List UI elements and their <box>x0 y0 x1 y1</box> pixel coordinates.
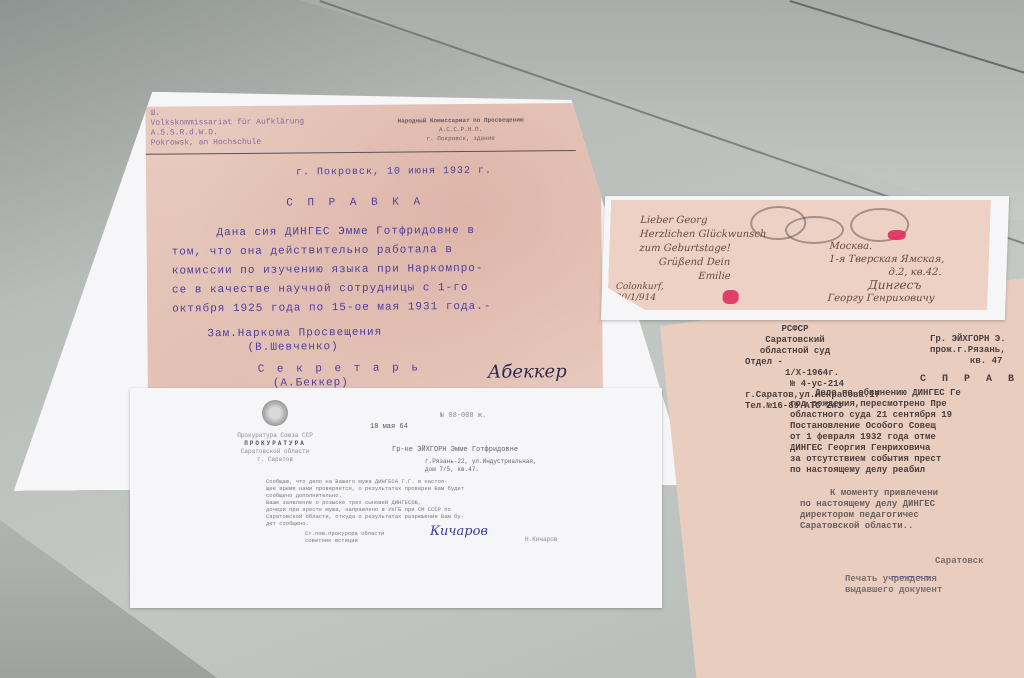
body-line: за отсутствием события прест <box>790 454 961 465</box>
signatory-title: С е к р е т а р ь <box>258 362 421 375</box>
document-number: № 08-008 ж. <box>440 412 486 420</box>
body-line: сообщено дополнительно. <box>266 492 464 499</box>
message-line: 20/1/914 <box>615 293 663 304</box>
signatory-name: Н.Кичаров <box>525 536 557 543</box>
body-line: Ваше заявление о розыске трех сыновей ДИ… <box>266 499 464 506</box>
body-line: ДИНГЕС Георгия Генриховича <box>790 443 961 454</box>
body-line: Сообщаю, что дело на Вашего мужа ДИНГЕСА… <box>266 478 464 485</box>
org-line: г. Саратов <box>230 456 320 464</box>
signature: Кичаров <box>430 524 488 539</box>
footer-line: выдавшего документ <box>845 585 942 596</box>
header-line: Отдел - <box>745 357 880 368</box>
postcard-scan: Lieber Georg Herzlichen Glückwunsch zum … <box>607 200 991 310</box>
body-line: год рождения,пересмотрено Пре <box>790 399 961 410</box>
address-line: дом 7/5, кв.47. <box>425 466 537 474</box>
document-court-certificate-1964: РСФСР Саратовский областной суд Отдел - … <box>660 278 1024 678</box>
letterhead-rule <box>146 150 576 155</box>
addressee-line: прож.г.Рязань, <box>930 345 1006 356</box>
letterhead-right-line: г. Покровск, здание <box>361 133 561 144</box>
org-line: ПРОКУРАТУРА <box>230 440 320 448</box>
header-line: РСФСР <box>730 324 860 335</box>
address-line: г.Рязань-22, ул.Индустриальная, <box>425 458 537 466</box>
letterhead-left-line: Volkskommissariat für Aufklärung <box>151 117 305 128</box>
ink-signature: ~~~~~ <box>890 572 932 583</box>
address-line: 1-я Тверская Ямская, <box>829 253 945 266</box>
header-line: областной суд <box>730 346 860 357</box>
date-line: г. Покровск, 10 июня 1932 г. <box>296 166 492 179</box>
body-line: щее время нами проверяется, о результата… <box>266 485 464 492</box>
body-line: областного суда 21 сентября 19 <box>790 410 961 421</box>
body-line: К моменту привлечени <box>800 488 938 499</box>
header-line: 1/X-1964г. <box>745 368 880 379</box>
signature: Абеккер <box>488 361 567 383</box>
document-title: С П Р А В К А <box>286 196 424 209</box>
header-line: Саратовский <box>730 335 860 346</box>
body-line: Дело по обвинению ДИНГЕС Ге <box>790 388 961 399</box>
address-line: Дингесъ <box>828 279 944 292</box>
letterhead-left-line: Pokrowsk, an Hochschule <box>151 137 305 148</box>
red-stain <box>722 290 738 304</box>
body-line: Саратовской области.. <box>800 521 938 532</box>
body-line: октября 1925 года по 15-ое мая 1931 года… <box>172 298 491 320</box>
signatory-line: советник юстиции <box>305 537 384 544</box>
message-line: Herzlichen Glückwunsch <box>640 228 767 242</box>
document-title: С П Р А В К А <box>920 374 1024 385</box>
address-line: Георгу Генриховичу <box>827 292 943 305</box>
addressee: Гр-ке ЭЙХГОРН Эмме Готфридовне <box>392 446 518 454</box>
body-line: Постановление Особого Совещ <box>790 421 961 432</box>
addressee-line: Гр. ЭЙХГОРН Э. <box>930 334 1006 345</box>
postcard: Lieber Georg Herzlichen Glückwunsch zum … <box>601 196 1009 320</box>
body-line: по настоящему делу реабил <box>790 465 961 476</box>
message-line: Grüßend Dein <box>639 256 766 270</box>
body-line: по настоящему делу ДИНГЕС <box>800 499 938 510</box>
document-date: 18 мая 64 <box>370 423 408 431</box>
document-prosecutor-letter: Прокуратура Союза ССР ПРОКУРАТУРА Сарато… <box>130 388 662 608</box>
body-line: Саратовской области, откуда о результата… <box>266 513 464 520</box>
message-line: zum Geburtstage! <box>639 242 766 256</box>
body-line: от 1 февраля 1932 года отме <box>790 432 961 443</box>
message-line: Lieber Georg <box>640 214 767 228</box>
signatory-title: Зам.Наркома Просвещения <box>207 327 382 341</box>
signatory-name: (В.Шевченко) <box>247 341 338 354</box>
addressee-line: кв. 47 <box>930 356 1006 367</box>
org-line: Прокуратура Союза ССР <box>230 432 320 440</box>
red-stain <box>888 230 906 240</box>
message-line: Colonkurf, <box>616 282 664 293</box>
org-line: Саратовской области <box>230 448 320 456</box>
ussr-emblem-icon <box>262 400 288 426</box>
signatory-line: Ст.пом.прокурора области <box>305 530 384 537</box>
body-line: дочери при аресте мужа, направлено в УКГ… <box>266 506 464 513</box>
address-line: Москва. <box>829 240 945 253</box>
footer-line: Саратовск <box>935 556 984 566</box>
body-line: директором педагогичес <box>800 510 938 521</box>
